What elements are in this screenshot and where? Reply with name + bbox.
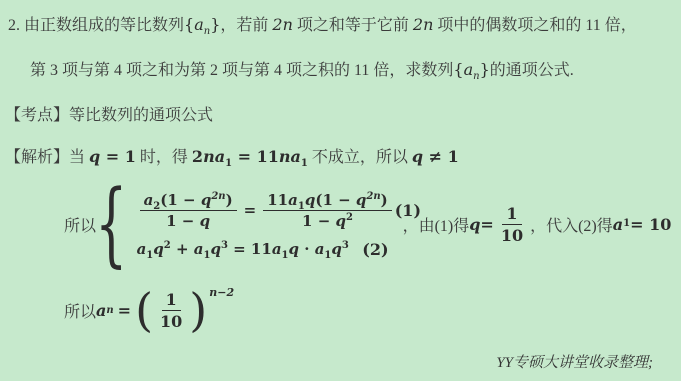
exponent-n-minus-2: n−2 xyxy=(209,286,234,299)
math-equals-11: = 11 xyxy=(232,147,279,166)
equation-2-body: a1q2 + a1q3 = 11a1q · a1q3 xyxy=(137,240,349,258)
equation-2-label: (2) xyxy=(362,240,388,259)
fraction-lhs: a2(1 − q2n)1 − q xyxy=(140,190,237,231)
seq-symbol-a: a xyxy=(194,15,204,34)
problem-text: 项之和等于它前 xyxy=(293,17,413,34)
math-q: q xyxy=(412,147,423,166)
equation-2: a1q2 + a1q3 = 11a1q · a1q3(2) xyxy=(137,240,389,259)
suoyi-prefix: 所以 xyxy=(64,299,96,322)
denominator: 1 − q xyxy=(162,211,214,231)
keypoint-text: 等比数列的通项公式 xyxy=(69,107,213,124)
fraction-rhs: 11a1q(1 − q2n)1 − q2 xyxy=(263,190,391,231)
keypoint-label: 【考点】 xyxy=(5,107,69,124)
footer-watermark: YY专硕大讲堂收录整理; xyxy=(496,351,653,372)
equals-10: = 10 xyxy=(630,215,671,234)
problem-line-1: 2. 由正数组成的等比数列{an}，若前 2n 项之和等于它前 2n 项中的偶数… xyxy=(8,12,637,35)
analysis-line: 【解析】当 q = 1 时，得 2na1 = 11na1 不成立，所以 q ≠ … xyxy=(5,144,459,167)
problem-text: 第 3 项与第 4 项之和为第 2 项与第 4 项之积的 11 倍，求数列 xyxy=(30,62,453,79)
equals-sign: = xyxy=(118,301,131,320)
paren-close: ) xyxy=(189,289,207,333)
math-2n: 2n xyxy=(272,15,292,34)
denominator: 1 − q2 xyxy=(298,211,357,231)
solution-system: 所以 { a2(1 − q2n)1 − q=11a1q(1 − q2n)1 − … xyxy=(64,178,671,270)
analysis-text: 时，得 xyxy=(136,149,192,166)
math-q: q xyxy=(89,147,100,166)
equation-1: a2(1 − q2n)1 − q=11a1q(1 − q2n)1 − q2(1) xyxy=(137,190,389,231)
deduction-text: ，由(1)得 q = 110，代入(2)得 a1 = 10 xyxy=(403,203,672,246)
math-coef-2: 2 xyxy=(192,147,203,166)
math-na: na xyxy=(203,147,225,166)
fraction-one-tenth: 110 xyxy=(497,203,527,246)
math-a: a xyxy=(96,301,106,320)
analysis-label: 【解析】 xyxy=(5,149,69,166)
math-na: na xyxy=(279,147,301,166)
equations-column: a2(1 − q2n)1 − q=11a1q(1 − q2n)1 − q2(1)… xyxy=(137,190,389,259)
math-neq-1: ≠ 1 xyxy=(423,147,459,166)
suoyi-prefix: 所以 xyxy=(64,213,96,236)
worksheet-page: 2. 由正数组成的等比数列{an}，若前 2n 项之和等于它前 2n 项中的偶数… xyxy=(0,0,681,381)
keypoint-line: 【考点】等比数列的通项公式 xyxy=(5,102,213,125)
brace-open: { xyxy=(184,15,194,34)
math-a: a xyxy=(613,215,623,234)
numerator: a2(1 − q2n) xyxy=(140,190,237,211)
brace-close: } xyxy=(210,15,220,34)
math-q: q xyxy=(469,215,480,234)
math-2n: 2n xyxy=(413,15,433,34)
seq-symbol-a: a xyxy=(464,60,474,79)
math-equals-1: = 1 xyxy=(100,147,136,166)
numerator: 11a1q(1 − q2n) xyxy=(263,190,391,211)
equals-sign: = xyxy=(244,201,257,219)
analysis-text: 不成立，所以 xyxy=(308,149,412,166)
system-brace-icon: { xyxy=(95,178,127,270)
brace-close: } xyxy=(480,60,490,79)
equals-sign: = xyxy=(480,215,493,234)
problem-line-2: 第 3 项与第 4 项之和为第 2 项与第 4 项之积的 11 倍，求数列{an… xyxy=(30,57,574,80)
problem-text: ，若前 xyxy=(220,17,272,34)
math-sub-1: 1 xyxy=(225,158,232,169)
fraction-one-tenth: 110 xyxy=(156,289,186,332)
math-sub-1: 1 xyxy=(301,158,308,169)
problem-text: 2. 由正数组成的等比数列 xyxy=(8,17,184,34)
problem-text: 的通项公式. xyxy=(490,62,574,79)
problem-text: 项中的偶数项之和的 11 倍， xyxy=(433,17,636,34)
conclusion-line: 所以 an = (110)n−2 xyxy=(64,289,232,333)
brace-open: { xyxy=(453,60,463,79)
paren-open: ( xyxy=(135,289,153,333)
analysis-text: 当 xyxy=(69,149,89,166)
